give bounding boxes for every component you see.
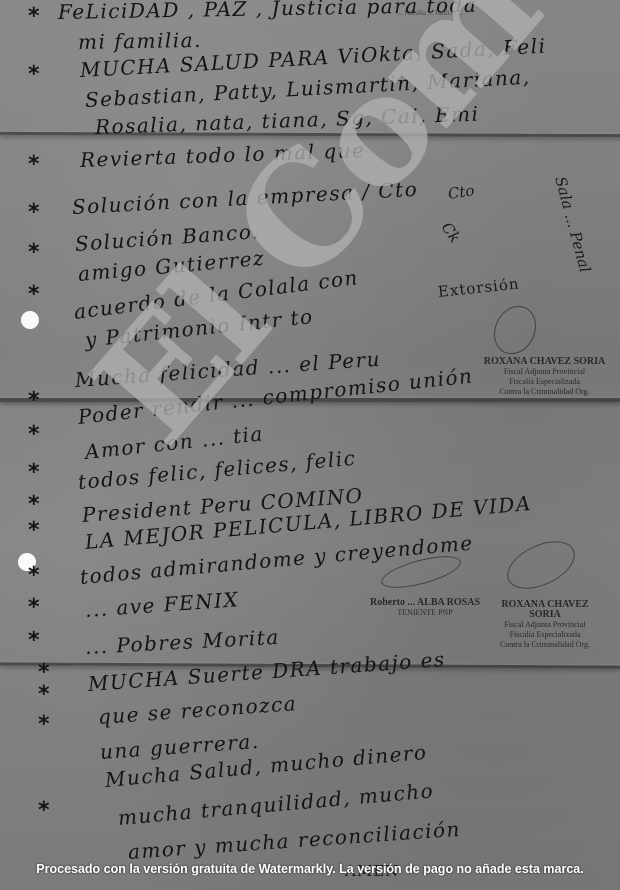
bullet-asterisk-icon: * <box>38 682 50 707</box>
bullet-asterisk-icon: * <box>38 712 50 737</box>
bullet-asterisk-icon: * <box>28 62 40 87</box>
bullet-asterisk-icon: * <box>28 595 40 620</box>
stamp-line: Fiscalía Especializada <box>482 377 607 387</box>
side-note: Cto <box>447 181 476 203</box>
handwritten-line: ... Pobres Morita <box>84 625 280 659</box>
stamp-line: Fiscalía Especializada <box>490 630 600 640</box>
bullet-asterisk-icon: * <box>28 460 40 485</box>
side-note: Ck <box>438 219 465 246</box>
handwritten-line: que se reconozca <box>97 691 298 729</box>
punch-hole <box>21 311 39 329</box>
handwritten-line: mi familia. <box>78 28 202 54</box>
stamp-name: ROXANA CHAVEZ SORIA <box>490 600 600 620</box>
bullet-asterisk-icon: * <box>28 563 40 588</box>
signature-scribble <box>500 532 582 599</box>
bullet-asterisk-icon: * <box>28 282 40 307</box>
bullet-asterisk-icon: * <box>28 152 40 177</box>
side-note: Sala ... Penal <box>551 175 594 275</box>
bullet-asterisk-icon: * <box>28 388 40 413</box>
watermark-banner: Procesado con la versión gratuita de Wat… <box>0 862 620 876</box>
stamp-line: Contra la Criminalidad Org. <box>482 387 607 397</box>
official-stamp: ROXANA CHAVEZ SORIA Fiscal Adjunta Provi… <box>490 600 600 650</box>
bullet-asterisk-icon: * <box>28 492 40 517</box>
handwritten-line: ... ave FENIX <box>84 587 240 622</box>
bullet-asterisk-icon: * <box>28 518 40 543</box>
official-stamp: Roberto ... ALBA ROSAS TENIENTE PNP <box>360 598 490 618</box>
official-stamp: ROXANA CHAVEZ SORIA Fiscal Adjunta Provi… <box>482 357 607 397</box>
stamp-line: TENIENTE PNP <box>360 608 490 618</box>
scanned-document: FeLiciDAD , PAZ , Justicia para toda*mi … <box>0 0 620 890</box>
bullet-asterisk-icon: * <box>28 240 40 265</box>
side-note: Extorsión <box>437 274 520 300</box>
stamp-line: Fiscal Adjunta Provincial <box>490 620 600 630</box>
signature-scribble <box>486 299 543 361</box>
bullet-asterisk-icon: * <box>28 4 40 29</box>
stamp-name: ROXANA CHAVEZ SORIA <box>482 357 607 367</box>
bullet-asterisk-icon: * <box>28 628 40 653</box>
bullet-asterisk-icon: * <box>28 200 40 225</box>
stamp-name: Roberto ... ALBA ROSAS <box>360 598 490 608</box>
stamp-line: Fiscal Adjunta Provincial <box>482 367 607 377</box>
bullet-asterisk-icon: * <box>38 798 50 823</box>
stamp-line: Contra la Criminalidad Org. <box>490 640 600 650</box>
bullet-asterisk-icon: * <box>28 422 40 447</box>
